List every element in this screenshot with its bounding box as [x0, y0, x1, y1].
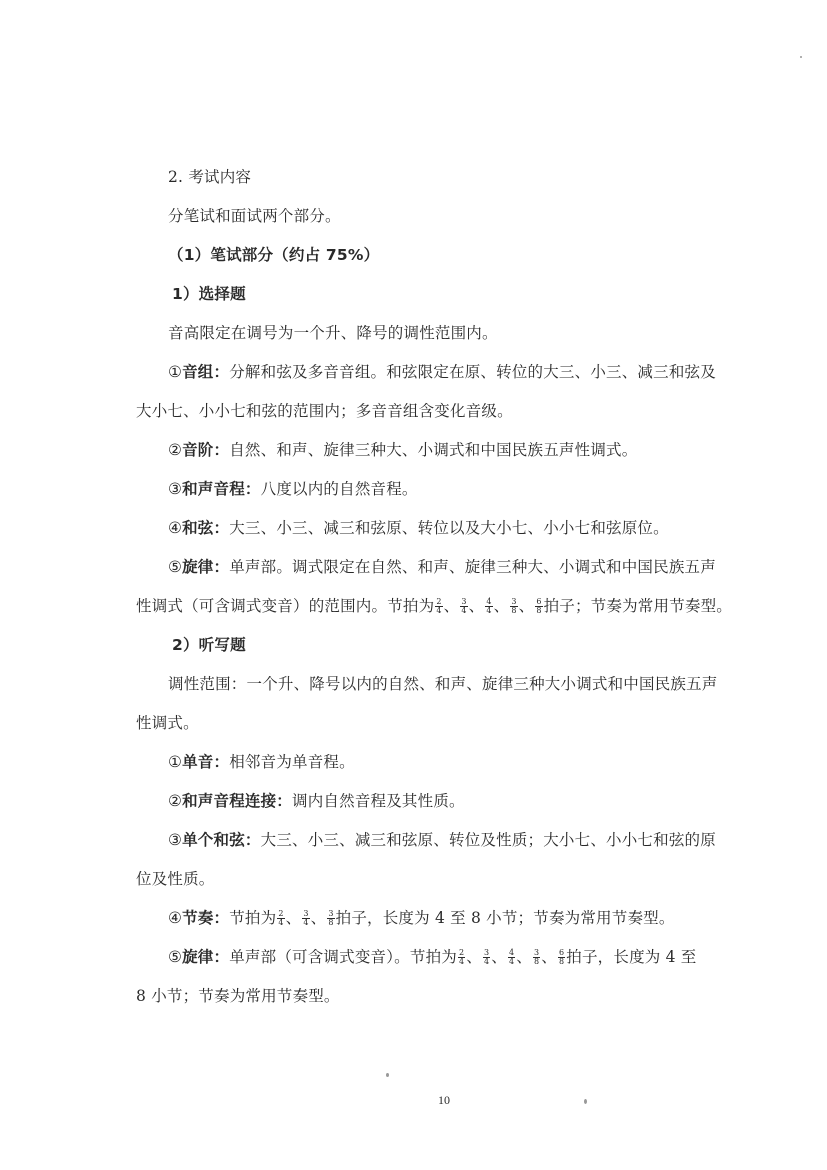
item-text: 单声部。调式限定在自然、和声、旋律三种大、小调式和中国民族五声	[229, 558, 716, 576]
dictation-item-5: ⑤旋律：单声部（可含调式变音）。节拍为24、34、44、38、68拍子，长度为 …	[168, 947, 697, 967]
item-text: 分解和弦及多音音组。和弦限定在原、转位的大三、小三、减三和弦及	[229, 363, 716, 381]
item-number: ①	[168, 363, 182, 381]
choice-item-5-cont: 性调式（可含调式变音）的范围内。节拍为24、34、44、38、68拍子；节奏为常…	[136, 596, 732, 616]
time-signature: 34	[483, 949, 490, 966]
document-page: 2. 考试内容 分笔试和面试两个部分。 （1）笔试部分（约占 75%） 1）选择…	[0, 0, 827, 1170]
choice-item-3: ③和声音程：八度以内的自然音程。	[168, 479, 418, 499]
item-label: 和弦：	[182, 519, 229, 537]
choice-item-1-cont: 大小七、小小七和弦的范围内；多音音组含变化音级。	[136, 401, 513, 421]
dictation-scope-cont: 性调式。	[136, 713, 199, 733]
scan-speck	[386, 1073, 389, 1077]
scan-speck	[584, 1099, 587, 1104]
dictation-item-1: ①单音：相邻音为单音程。	[168, 752, 355, 772]
item-text: 自然、和声、旋律三种大、小调式和中国民族五声性调式。	[229, 441, 637, 459]
intro-text: 分笔试和面试两个部分。	[168, 206, 341, 226]
time-signature: 68	[558, 949, 565, 966]
item-number: ③	[168, 480, 182, 498]
choice-item-5: ⑤旋律：单声部。调式限定在自然、和声、旋律三种大、小调式和中国民族五声	[168, 557, 716, 577]
item-label: 音阶：	[182, 441, 229, 459]
choice-heading: 1）选择题	[172, 284, 246, 304]
dictation-item-3: ③单个和弦：大三、小三、减三和弦原、转位及性质；大小七、小小七和弦的原	[168, 830, 716, 850]
section-heading: 2. 考试内容	[168, 167, 251, 187]
dictation-heading: 2）听写题	[172, 635, 246, 655]
item-number: ②	[168, 441, 182, 459]
item-text: 八度以内的自然音程。	[261, 480, 418, 498]
item-label: 音组：	[182, 363, 229, 381]
time-signature: 44	[508, 949, 515, 966]
dictation-scope: 调性范围：一个升、降号以内的自然、和声、旋律三种大小调式和中国民族五声	[168, 674, 718, 694]
item-label: 旋律：	[182, 558, 229, 576]
choice-scope: 音高限定在调号为一个升、降号的调性范围内。	[168, 323, 498, 343]
time-signature: 24	[277, 910, 284, 927]
time-signature: 34	[302, 910, 309, 927]
dictation-item-3-cont: 位及性质。	[136, 869, 215, 889]
dictation-item-5-cont: 8 小节；节奏为常用节奏型。	[136, 986, 340, 1006]
item-number: ⑤	[168, 558, 182, 576]
time-signature: 38	[533, 949, 540, 966]
time-signature: 34	[460, 598, 467, 615]
item-number: ④	[168, 519, 182, 537]
time-signatures: 24、34、44、38、68	[434, 597, 543, 615]
time-signature: 38	[510, 598, 517, 615]
page-number: 10	[438, 1093, 450, 1108]
choice-item-1: ①音组：分解和弦及多音音组。和弦限定在原、转位的大三、小三、减三和弦及	[168, 362, 716, 382]
time-signature: 24	[435, 598, 442, 615]
time-signature: 38	[327, 910, 334, 927]
time-signature: 44	[485, 598, 492, 615]
time-signature: 24	[458, 949, 465, 966]
time-signatures: 24、34、44、38、68	[457, 948, 566, 966]
dictation-item-4: ④节奏：节拍为24、34、38拍子，长度为 4 至 8 小节；节奏为常用节奏型。	[168, 908, 675, 928]
time-signature: 68	[535, 598, 542, 615]
written-part-heading: （1）笔试部分（约占 75%）	[168, 245, 379, 265]
choice-item-2: ②音阶：自然、和声、旋律三种大、小调式和中国民族五声性调式。	[168, 440, 637, 460]
choice-item-4: ④和弦：大三、小三、减三和弦原、转位以及大小七、小小七和弦原位。	[168, 518, 669, 538]
scan-speck	[800, 56, 802, 58]
item-text: 大三、小三、减三和弦原、转位以及大小七、小小七和弦原位。	[229, 519, 669, 537]
dictation-item-2: ②和声音程连接：调内自然音程及其性质。	[168, 791, 465, 811]
item-label: 和声音程：	[182, 480, 261, 498]
time-signatures: 24、34、38	[276, 909, 335, 927]
